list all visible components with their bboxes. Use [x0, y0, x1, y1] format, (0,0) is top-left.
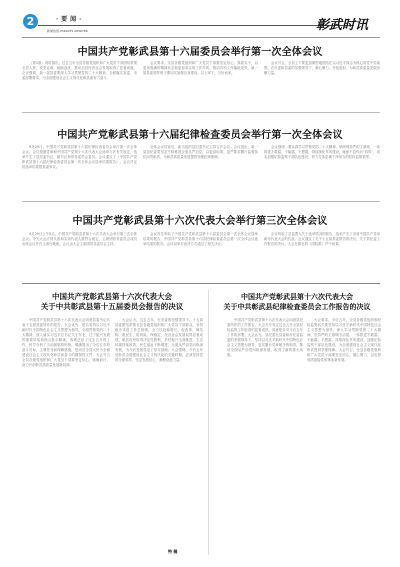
paragraph: 会议听取了总监票人关于选举情况的报告，选举产生了出席中国共产党阜新市代表大会的代…: [264, 232, 380, 247]
paragraph: 会议要求，全县各级党组织和广大党员干部要坚定信心，真抓实干，以更加饱满的精神状态…: [143, 61, 258, 76]
article-3-col-2: 会议首先听取了中国共产党彰武县第十六届委员会第一次全体会议选举结果的报告，中国共…: [143, 232, 258, 277]
section-label: ·要闻·: [56, 14, 84, 23]
paragraph: （第1版）同时指出，过去五年全县各级党组织和广大党员干部团结带领全县人民，攻坚克…: [22, 61, 137, 81]
article-4-title-line-1: 中国共产党彰武县第十六次代表大会: [22, 292, 202, 302]
article-1-col-3: 会议号召，全县上下要更加紧密地团结在以习近平同志为核心的党中央周围，在市委和县委…: [264, 61, 380, 106]
header-underline: [22, 37, 380, 38]
article-1-col-2: 会议要求，全县各级党组织和广大党员干部要坚定信心，真抓实干，以更加饱满的精神状态…: [143, 61, 258, 106]
article-5-col-2: 大会要求，今后五年，全县各级党组织和纪检监察机关要坚持以习近平新时代中国特色社会…: [307, 318, 381, 554]
paragraph: 会议强调，要认真学习贯彻党的二十大精神，始终保持严的主基调，一体推进不敢腐、不能…: [264, 145, 380, 160]
article-2-col-2: 全体会议结束后，新当选的县纪委书记主持召开会议。会议指出，新一届县纪委要坚定不移…: [143, 145, 258, 195]
article-3-col-3: 会议听取了总监票人关于选举情况的报告，选举产生了出席中国共产党阜新市代表大会的代…: [264, 232, 380, 277]
article-5-title-line-2: 关于中共彰武县纪律检查委员会工作报告的决议: [212, 302, 382, 312]
article-5-title-line-1: 中国共产党彰武县第十六次代表大会: [212, 292, 382, 302]
article-2-headline: 中国共产党彰武县第十六届纪律检查委员会举行第一次全体会议: [0, 126, 400, 141]
paragraph: 会议号召，全县上下要更加紧密地团结在以习近平同志为核心的党中央周围，在市委和县委…: [264, 61, 380, 76]
paragraph: 9月29日，中国共产党彰武县第十六届纪律检查委员会举行第一次全体会议。会议按照党…: [22, 145, 137, 170]
page-number-badge: 2: [23, 14, 38, 29]
page-header: 2 ·要闻· 新闻热线 2569075 2856766 彰武时讯: [0, 0, 400, 38]
paragraph: 会议首先听取了中国共产党彰武县第十六届委员会第一次全体会议选举结果的报告，中国共…: [143, 232, 258, 247]
article-1-headline: 中国共产党彰武县第十六届委员会举行第一次全体会议: [0, 43, 400, 58]
article-5-title: 中国共产党彰武县第十六次代表大会 关于中共彰武县纪律检查委员会工作报告的决议: [212, 292, 382, 312]
paragraph: 全体会议结束后，新当选的县纪委书记主持召开会议。会议指出，新一届县纪委要坚定不移…: [143, 145, 258, 160]
header-rule: [38, 25, 354, 26]
masthead-brand: 彰武时讯: [316, 14, 368, 33]
section-divider: [22, 112, 380, 113]
hotline-meta: 新闻热线 2569075 2856766: [47, 29, 88, 33]
paragraph: 中国共产党彰武县第十六次代表大会同意县纪委所作的工作报告。大会充分肯定过去五年全…: [227, 318, 303, 358]
byline-sign: 特 稿: [168, 549, 177, 555]
column-divider: [208, 290, 209, 555]
article-4-title-line-2: 关于中共彰武县第十五届委员会报告的决议: [22, 302, 202, 312]
section-divider: [22, 201, 380, 202]
article-3-headline: 中国共产党彰武县第十六次代表大会举行第三次全体会议: [0, 212, 400, 227]
paragraph: 大会要求，今后五年，全县各级党组织和纪检监察机关要坚持以习近平新时代中国特色社会…: [307, 318, 381, 363]
section-divider: [22, 283, 380, 284]
article-2-col-3: 会议强调，要认真学习贯彻党的二十大精神，始终保持严的主基调，一体推进不敢腐、不能…: [264, 145, 380, 195]
paragraph: 大会认为，过去五年，在市委的坚强领导下，十五届县委团结带领全县各级党组织和广大党…: [115, 318, 203, 363]
article-2-col-1: 9月29日，中国共产党彰武县第十六届纪律检查委员会举行第一次全体会议。会议按照党…: [22, 145, 137, 195]
article-4-col-2: 大会认为，过去五年，在市委的坚强领导下，十五届县委团结带领全县各级党组织和广大党…: [115, 318, 203, 554]
article-5-col-1: 中国共产党彰武县第十六次代表大会同意县纪委所作的工作报告。大会充分肯定过去五年全…: [227, 318, 303, 554]
article-4-col-1: 中国共产党彰武县第十六次代表大会同意县委书记代表十五届县委所作的报告。大会认为，…: [22, 318, 110, 554]
paragraph: 9月29日上午8点，中国共产党彰武县第十六次代表大会举行第三次全体会议。今天大会…: [22, 232, 137, 247]
article-3-col-1: 9月29日上午8点，中国共产党彰武县第十六次代表大会举行第三次全体会议。今天大会…: [22, 232, 137, 277]
paragraph: 中国共产党彰武县第十六次代表大会同意县委书记代表十五届县委所作的报告。大会认为，…: [22, 318, 110, 368]
article-4-title: 中国共产党彰武县第十六次代表大会 关于中共彰武县第十五届委员会报告的决议: [22, 292, 202, 312]
article-1-col-1: （第1版）同时指出，过去五年全县各级党组织和广大党员干部团结带领全县人民，攻坚克…: [22, 61, 137, 106]
